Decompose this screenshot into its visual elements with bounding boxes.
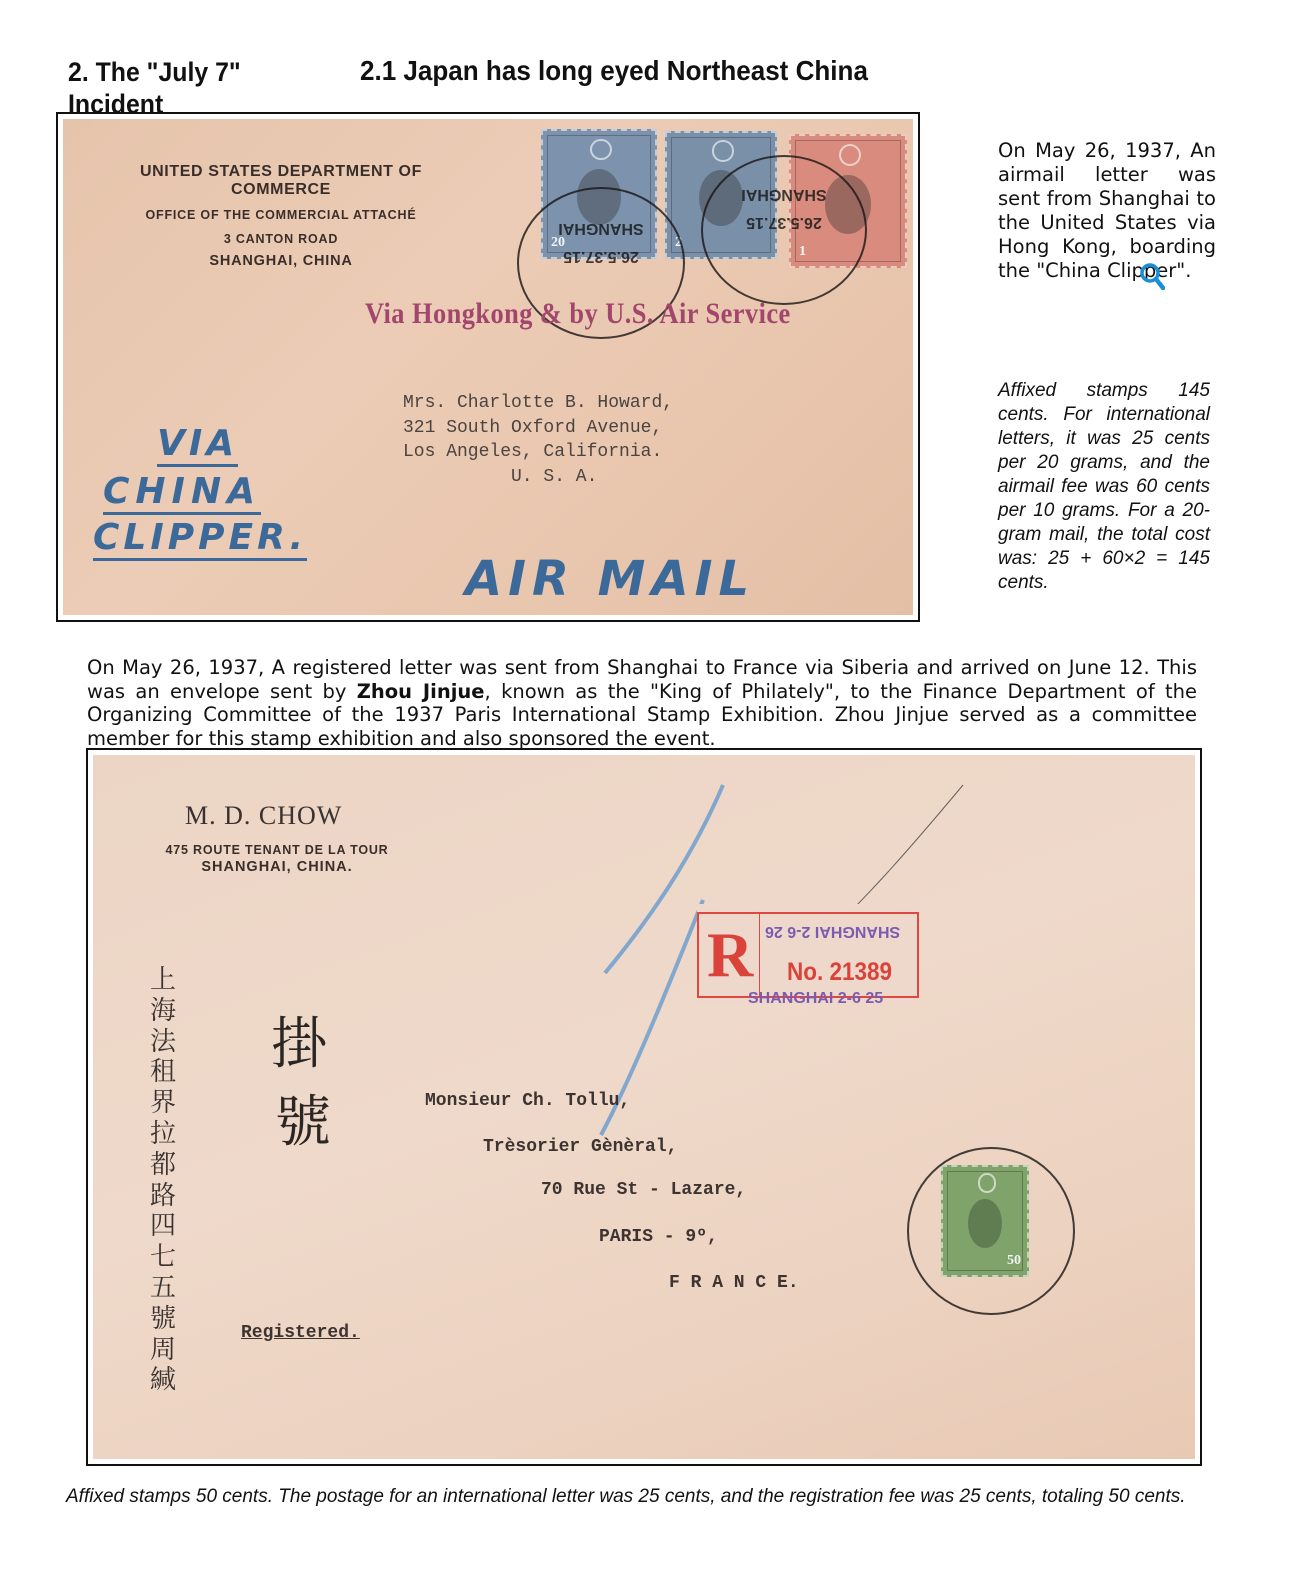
handwritten-clipper: CLIPPER.	[93, 517, 307, 561]
address-line-4: PARIS - 9º,	[599, 1227, 718, 1247]
cover1-corner-card: UNITED STATES DEPARTMENT OF COMMERCE OFF…	[101, 163, 461, 269]
handwritten-air-mail: AIR MAIL	[465, 551, 755, 607]
vertical-chinese-return-address: 上海法租界拉都路四七五號周緘	[146, 965, 180, 1396]
airmail-cachet: Via Hongkong & by U.S. Air Service	[365, 297, 791, 331]
corner-line-1: UNITED STATES DEPARTMENT OF COMMERCE	[101, 163, 461, 199]
registration-number: No. 21389	[787, 958, 892, 987]
cover2-envelope-image: M. D. CHOW 475 ROUTE TENANT DE LA TOUR S…	[93, 755, 1195, 1459]
side-note-2: Affixed stamps 145 cents. For internatio…	[998, 379, 1210, 595]
registered-note: Registered.	[241, 1323, 360, 1343]
magnifier-icon[interactable]	[1139, 262, 1165, 290]
corner-line-4: SHANGHAI, CHINA	[101, 253, 461, 269]
address-line-1: Monsieur Ch. Tollu,	[425, 1091, 630, 1111]
address-line-2: Trèsorier Gènèral,	[483, 1137, 677, 1157]
section-title: 2. The "July 7" Incident	[68, 56, 289, 114]
cover2-description: On May 26, 1937, A registered letter was…	[87, 656, 1197, 748]
registration-box: R SHANGHAI 2-6 26 No. 21389	[697, 912, 919, 998]
postmark-shanghai-3	[907, 1147, 1075, 1315]
address-line-3: 70 Rue St - Lazare,	[541, 1180, 746, 1200]
registration-letter: R	[707, 920, 753, 990]
handwritten-chinese-2: 號	[275, 1091, 331, 1155]
postmark-shanghai-2: SHANGHAI 26.5.37.15	[701, 155, 867, 305]
corner-line-2: OFFICE OF THE COMMERCIAL ATTACHÉ	[101, 208, 461, 222]
cover1-envelope-image: UNITED STATES DEPARTMENT OF COMMERCE OFF…	[63, 119, 913, 615]
handwritten-china: CHINA	[103, 471, 261, 515]
registration-stamp-bottom: SHANGHAI 2-6 25	[748, 990, 883, 1008]
corner-line-3: 3 CANTON ROAD	[101, 232, 461, 246]
cover2-caption: Affixed stamps 50 cents. The postage for…	[66, 1486, 1186, 1508]
section-title-clip: 2. The "July 7" Incident	[60, 56, 320, 114]
handwritten-chinese-1: 掛	[271, 1013, 327, 1077]
registration-stamp-top: SHANGHAI 2-6 26	[765, 922, 900, 940]
cover1-address: Mrs. Charlotte B. Howard, 321 South Oxfo…	[403, 391, 673, 489]
crayon-marks	[93, 755, 1195, 1459]
subsection-title: 2.1 Japan has long eyed Northeast China	[360, 54, 868, 88]
handwritten-via: VIA	[157, 423, 238, 467]
address-line-5: F R A N C E.	[669, 1273, 799, 1293]
side-note-1: On May 26, 1937, An airmail letter was s…	[998, 139, 1216, 283]
sender-name: Zhou Jinjue	[357, 680, 485, 703]
